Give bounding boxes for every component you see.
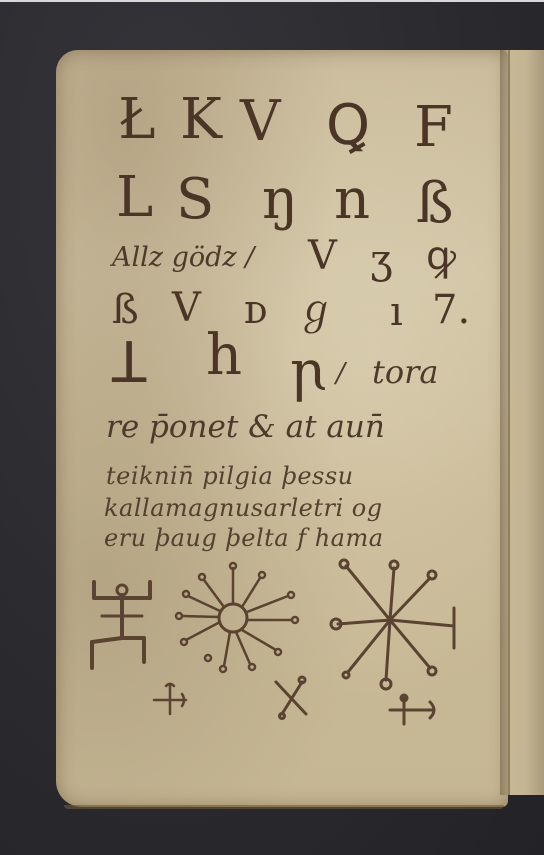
cipher-letter: 7. xyxy=(432,290,470,330)
note-line-2: teiknin̄ pilgia þessu xyxy=(106,464,354,488)
cipher-letter: ʒ xyxy=(370,240,393,280)
cipher-letter: S xyxy=(176,172,214,228)
small-cross-stave-2-icon xyxy=(272,676,312,720)
top-border-strip xyxy=(0,0,544,2)
small-cross-stave-3-icon xyxy=(386,694,442,728)
note-line-4: eru þaug þelta f hama xyxy=(104,526,384,550)
cipher-letter: L xyxy=(116,170,153,226)
word-tora: tora xyxy=(372,356,439,388)
cipher-letter: ꝙ xyxy=(426,236,456,276)
cipher-letter: V xyxy=(172,288,201,328)
cipher-letter: h xyxy=(206,328,242,384)
cipher-letter: ŋ xyxy=(262,172,298,228)
gutter-fold-line xyxy=(508,50,510,795)
small-cross-stave-1-icon xyxy=(150,680,190,720)
note-line-3: kallamagnusarletri og xyxy=(104,496,383,520)
separator-slash: / xyxy=(336,360,345,387)
cipher-letter: ß xyxy=(416,176,453,232)
sun-stave-icon xyxy=(168,560,308,680)
cipher-letter: ᴅ xyxy=(244,290,267,330)
figure-stave-icon xyxy=(88,578,158,673)
cipher-letter: V xyxy=(308,236,337,276)
cipher-letter: Ł xyxy=(118,92,155,148)
note-line-1: re p̄onet & at aun̄ xyxy=(106,412,385,443)
cipher-letter: n xyxy=(334,172,370,228)
cipher-letter: ℊ xyxy=(296,290,336,330)
cipher-letter: Ꝗ xyxy=(326,98,370,154)
script-text-allz-godz: Allz gödz / xyxy=(112,244,254,271)
cipher-letter: ꞃ xyxy=(290,344,326,400)
star-stave-icon xyxy=(326,558,466,698)
cipher-letter: F xyxy=(414,100,453,156)
cipher-letter: K xyxy=(180,92,222,148)
cipher-letter: ꓕ xyxy=(112,336,146,392)
cipher-letter: ß xyxy=(112,290,139,330)
page-bottom-edge xyxy=(64,805,504,809)
cipher-letter: V xyxy=(240,94,280,150)
cipher-letter: ı xyxy=(390,292,403,332)
